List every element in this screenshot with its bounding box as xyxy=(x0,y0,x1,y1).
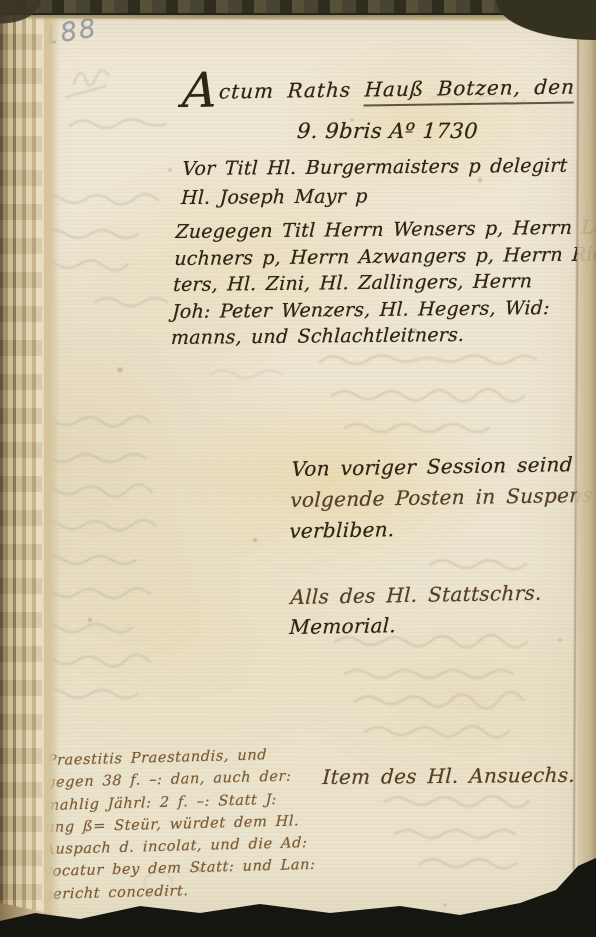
text-line: Joh: Peter Wenzers, Hl. Hegers, Wid: xyxy=(172,294,596,325)
text-line: Alls des Hl. Stattschrs. xyxy=(290,578,542,612)
page-paper: 188 Actum Raths Hauß Botzen, den 9. 9bri… xyxy=(0,0,596,937)
suspension-note-block: Von voriger Session seind volgende Poste… xyxy=(289,449,595,547)
text-line: volgende Posten in Suspens xyxy=(290,480,594,516)
book-edge-top-right xyxy=(481,0,596,46)
item-note-block: Item des Hl. Ansuechs. xyxy=(322,763,576,789)
text-line: Memorial. xyxy=(289,608,541,642)
text-line: Item des Hl. Ansuechs. xyxy=(322,763,576,789)
page-edge-right xyxy=(577,10,596,923)
attendees-block: Zuegegen Titl Herrn Wensers p, Herrn La:… xyxy=(170,214,596,351)
text-line: Hl. Joseph Mayr p xyxy=(180,181,566,213)
heading-place-date: Hauß Botzen, den xyxy=(364,75,576,107)
text-line: manns, und Schlachtleitners. xyxy=(170,320,596,351)
binding-gutter-left xyxy=(0,0,60,937)
heading-actum: Actum Raths Hauß Botzen, den xyxy=(182,75,576,104)
heading-initial-letter: A xyxy=(181,63,220,119)
margin-note-block: Praestitis Praestandis, und gegen 38 f. … xyxy=(43,743,319,906)
presiding-block: Vor Titl Hl. Burgermaisters p delegirt H… xyxy=(180,152,568,213)
text-line: verbliben. xyxy=(289,511,593,547)
manuscript-scan: 188 Actum Raths Hauß Botzen, den 9. 9bri… xyxy=(0,0,596,937)
heading-word: ctum Raths xyxy=(218,78,352,104)
book-edge-top-left xyxy=(0,0,52,30)
memorial-note-block: Alls des Hl. Stattschrs. Memorial. xyxy=(289,578,542,642)
text-line: Zuegegen Titl Herrn Wensers p, Herrn La: xyxy=(175,214,596,245)
heading-date-line: 9. 9bris Aº 1730 xyxy=(296,119,479,143)
text-line: Vor Titl Hl. Burgermaisters p delegirt xyxy=(182,152,568,184)
